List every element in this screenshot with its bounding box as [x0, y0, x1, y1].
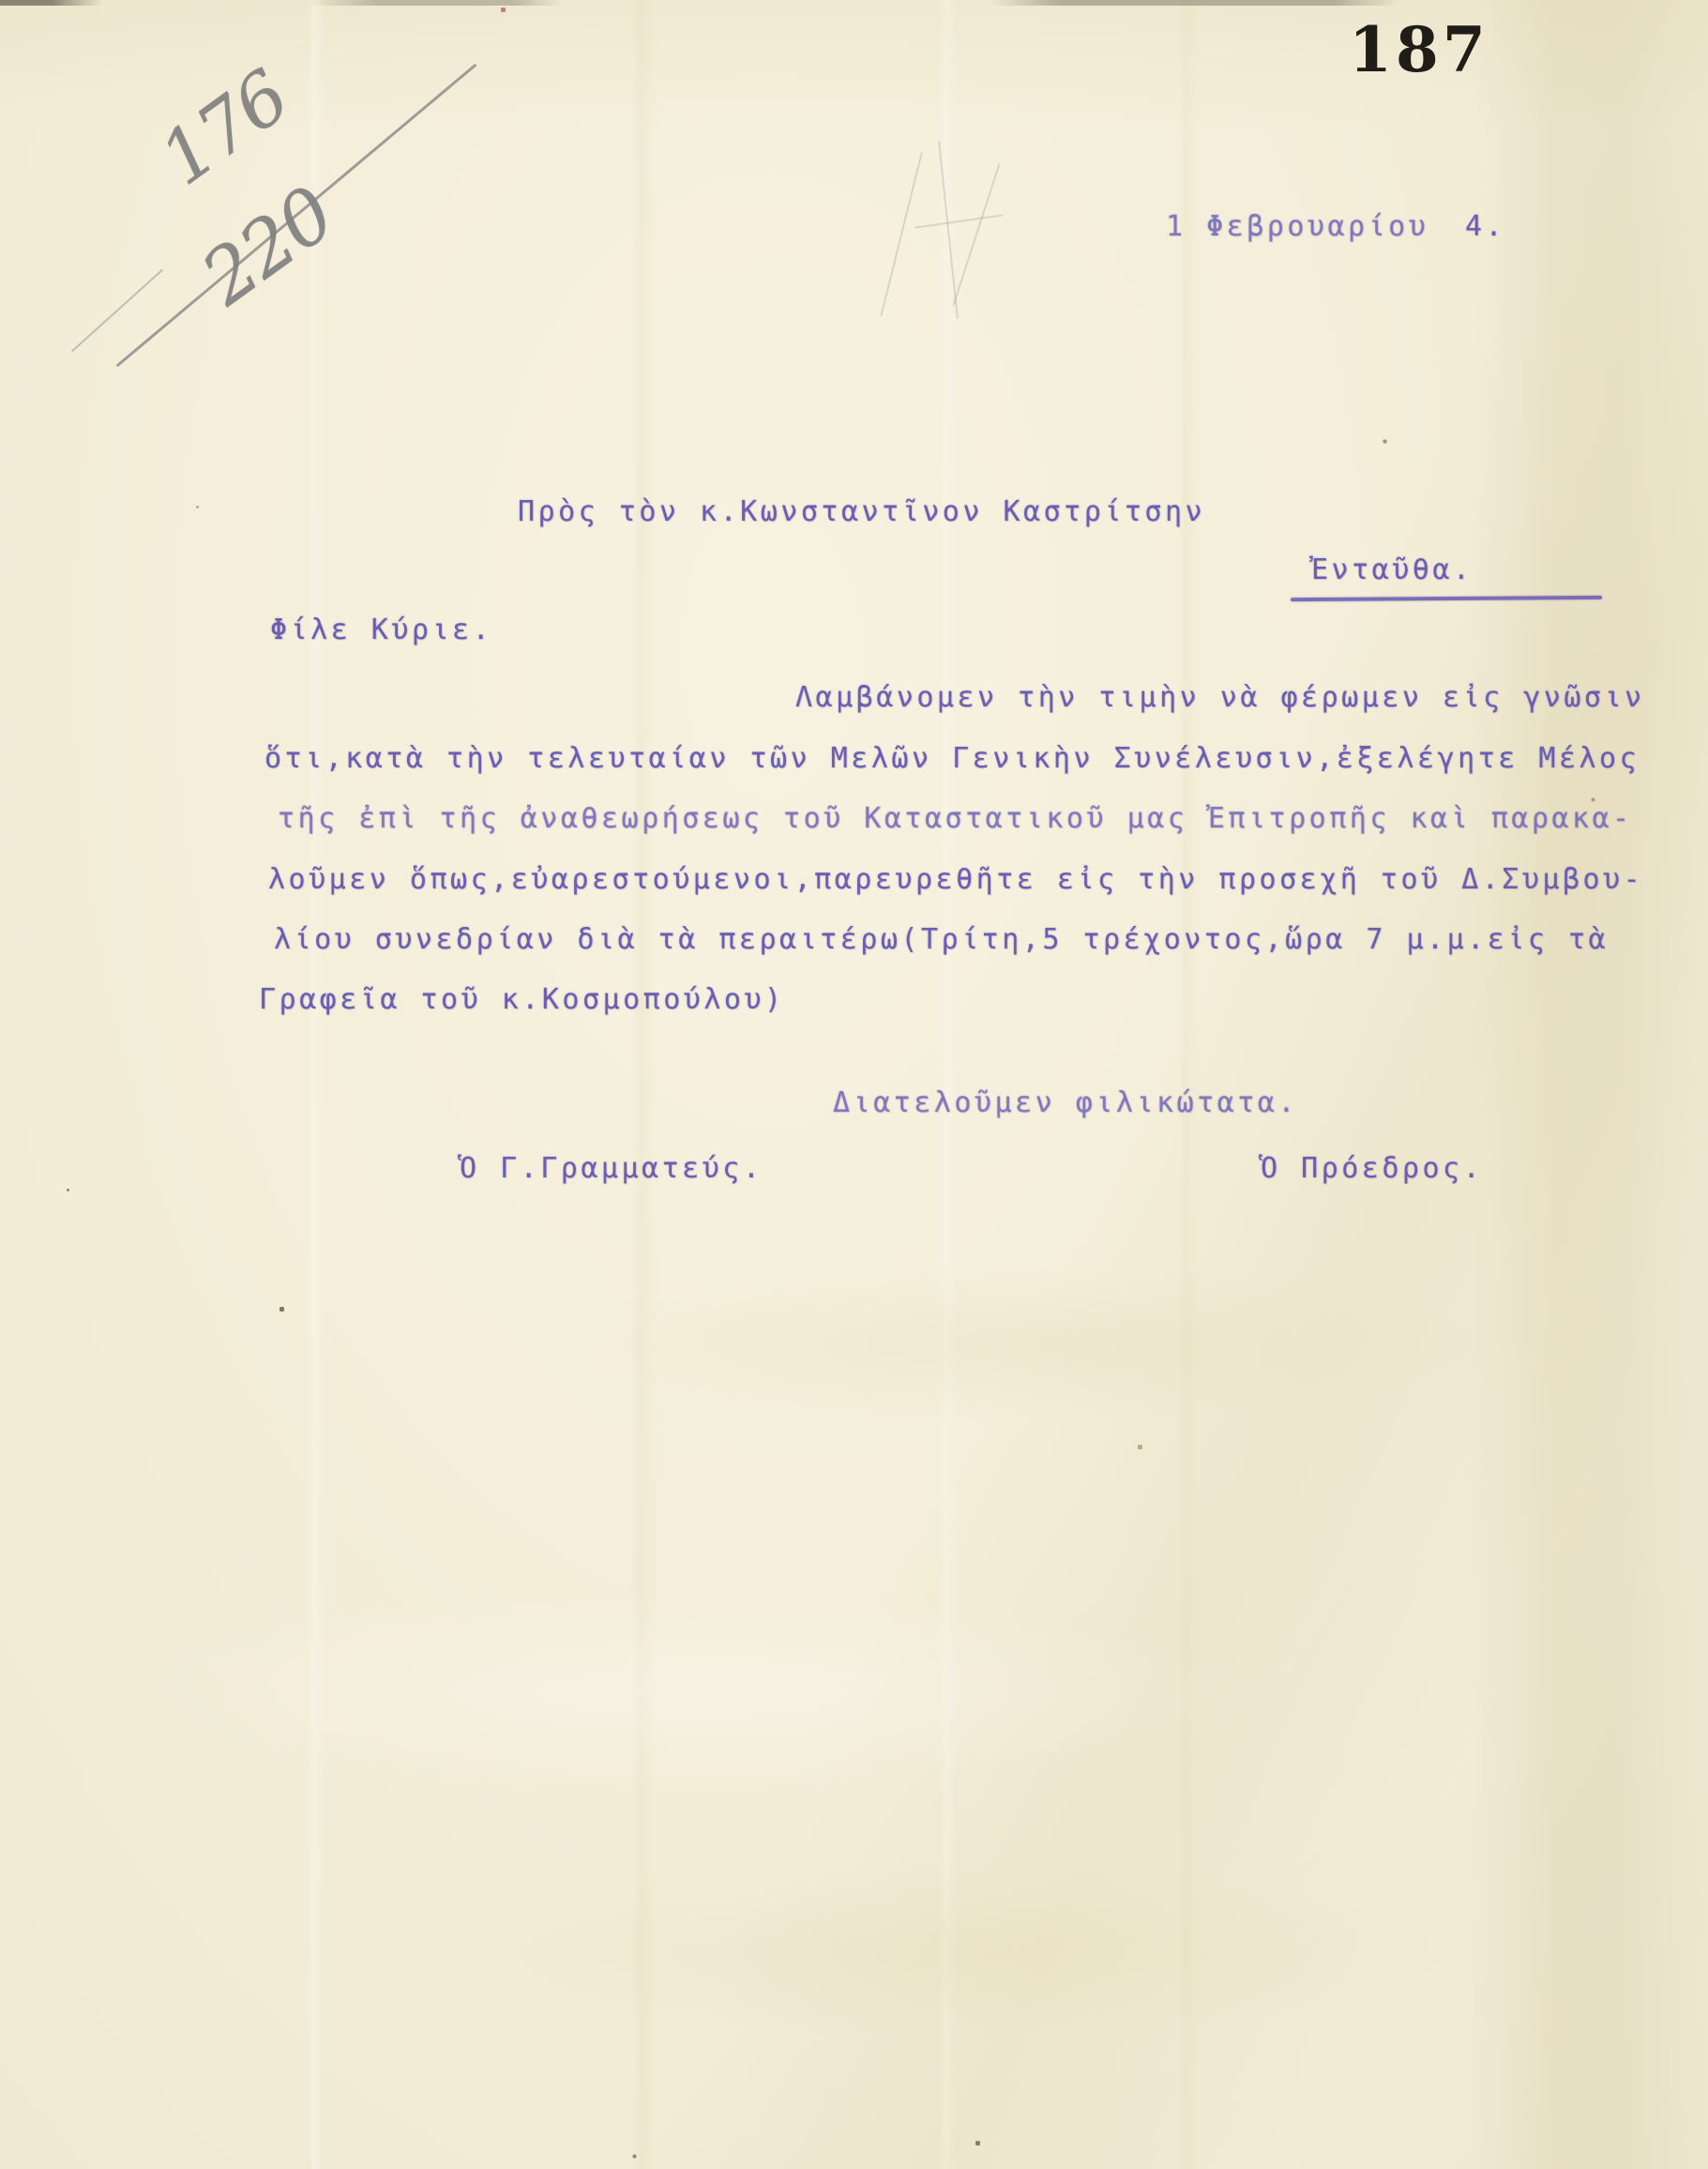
body-line: τῆς ἐπὶ τῆς ἀναθεωρήσεως τοῦ Καταστατικο…: [278, 802, 1633, 835]
body-line: Γραφεῖα τοῦ κ.Κοσμοπούλου): [259, 983, 785, 1016]
pencil-annotation-numerator: 176: [145, 55, 304, 203]
body-line: λοῦμεν ὅπως,εὐαρεστούμενοι,παρευρεθῆτε ε…: [268, 863, 1643, 896]
archive-page-number: 187: [1349, 13, 1489, 86]
place-underline: [1291, 596, 1602, 601]
date-year-digit: 4.: [1465, 210, 1505, 243]
body-line: ὅτι,κατὰ τὴν τελευταίαν τῶν Μελῶν Γενικὴ…: [265, 742, 1640, 775]
body-line: λίου συνεδρίαν διὰ τὰ περαιτέρω(Τρίτη,5 …: [274, 923, 1609, 956]
paper-specks: [0, 0, 1, 1]
signature-secretary: Ὁ Γ.Γραμματεύς.: [460, 1152, 763, 1185]
place-line: Ἐνταῦθα.: [1311, 554, 1474, 586]
closing-line: Διατελοῦμεν φιλικώτατα.: [833, 1086, 1298, 1119]
signature-president: Ὁ Πρόεδρος.: [1261, 1152, 1483, 1185]
date-text: 1 Φεβρουαρίου: [1166, 210, 1428, 243]
scanned-letter-page: 187 176 220 1 Φεβρουαρίου 4. Πρὸς τὸν κ.…: [0, 0, 1708, 2169]
scan-edge-artifact: [0, 0, 1708, 6]
salutation: Φίλε Κύριε.: [270, 614, 492, 646]
recipient-line: Πρὸς τὸν κ.Κωνσταντῖνον Καστρίτσην: [518, 495, 1205, 528]
body-line: Λαμβάνομεν τὴν τιμὴν νὰ φέρωμεν εἰς γνῶσ…: [795, 681, 1645, 714]
